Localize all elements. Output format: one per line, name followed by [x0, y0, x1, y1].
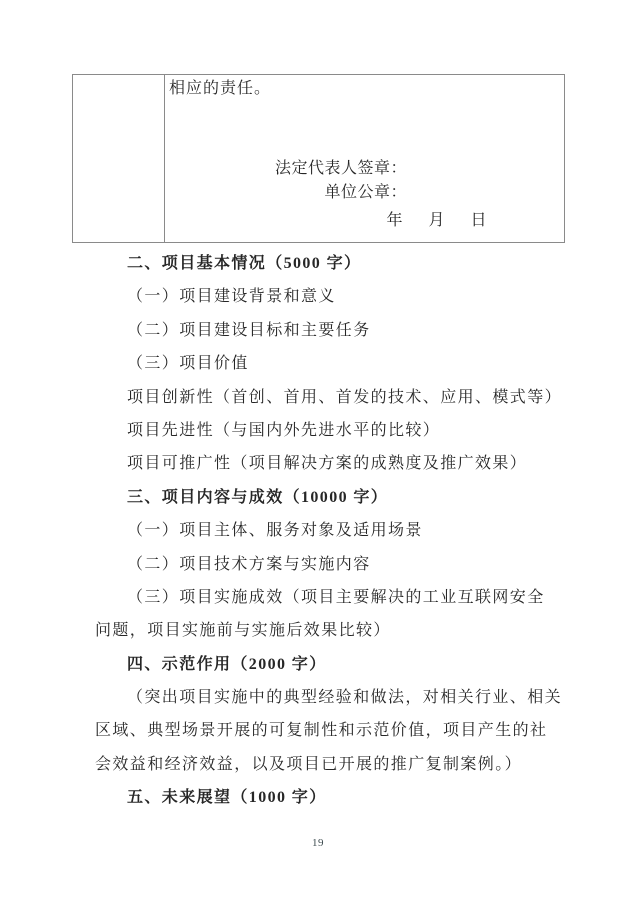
document-outline: 二、项目基本情况（5000 字） （一）项目建设背景和意义 （二）项目建设目标和… — [95, 247, 549, 815]
document-line: 区域、典型场景开展的可复制性和示范价值，项目产生的社 — [95, 714, 549, 747]
unit-seal-label: 单位公章： — [275, 181, 407, 205]
date-line: 年 月 日 — [386, 207, 487, 230]
signature-block: 法定代表人签章： 单位公章： — [275, 157, 407, 205]
document-line: （二）项目技术方案与实施内容 — [95, 548, 549, 581]
document-line: （三）项目价值 — [95, 347, 549, 380]
document-line: （一）项目建设背景和意义 — [95, 280, 549, 313]
document-line: 项目先进性（与国内外先进水平的比较） — [95, 414, 549, 447]
page-number: 19 — [0, 837, 636, 849]
document-line: （三）项目实施成效（项目主要解决的工业互联网安全 — [95, 581, 549, 614]
document-line: （突出项目实施中的典型经验和做法，对相关行业、相关 — [95, 681, 549, 714]
signature-table: 相应的责任。 法定代表人签章： 单位公章： 年 月 日 — [72, 74, 565, 243]
section-heading: 三、项目内容与成效（10000 字） — [95, 481, 549, 514]
table-cell-body-text: 相应的责任。 — [169, 78, 271, 100]
section-heading: 五、未来展望（1000 字） — [95, 781, 549, 814]
legal-representative-signature-label: 法定代表人签章： — [275, 157, 407, 181]
document-page: 相应的责任。 法定代表人签章： 单位公章： 年 月 日 二、项目基本情况（500… — [0, 0, 636, 900]
section-heading: 二、项目基本情况（5000 字） — [95, 247, 549, 280]
document-line: （二）项目建设目标和主要任务 — [95, 314, 549, 347]
document-line: 项目可推广性（项目解决方案的成熟度及推广效果） — [95, 447, 549, 480]
section-heading: 四、示范作用（2000 字） — [95, 648, 549, 681]
document-line: （一）项目主体、服务对象及适用场景 — [95, 514, 549, 547]
document-line: 问题，项目实施前与实施后效果比较） — [95, 614, 549, 647]
table-column-divider — [164, 75, 165, 242]
document-line: 项目创新性（首创、首用、首发的技术、应用、模式等） — [95, 381, 549, 414]
document-line: 会效益和经济效益，以及项目已开展的推广复制案例。） — [95, 748, 549, 781]
